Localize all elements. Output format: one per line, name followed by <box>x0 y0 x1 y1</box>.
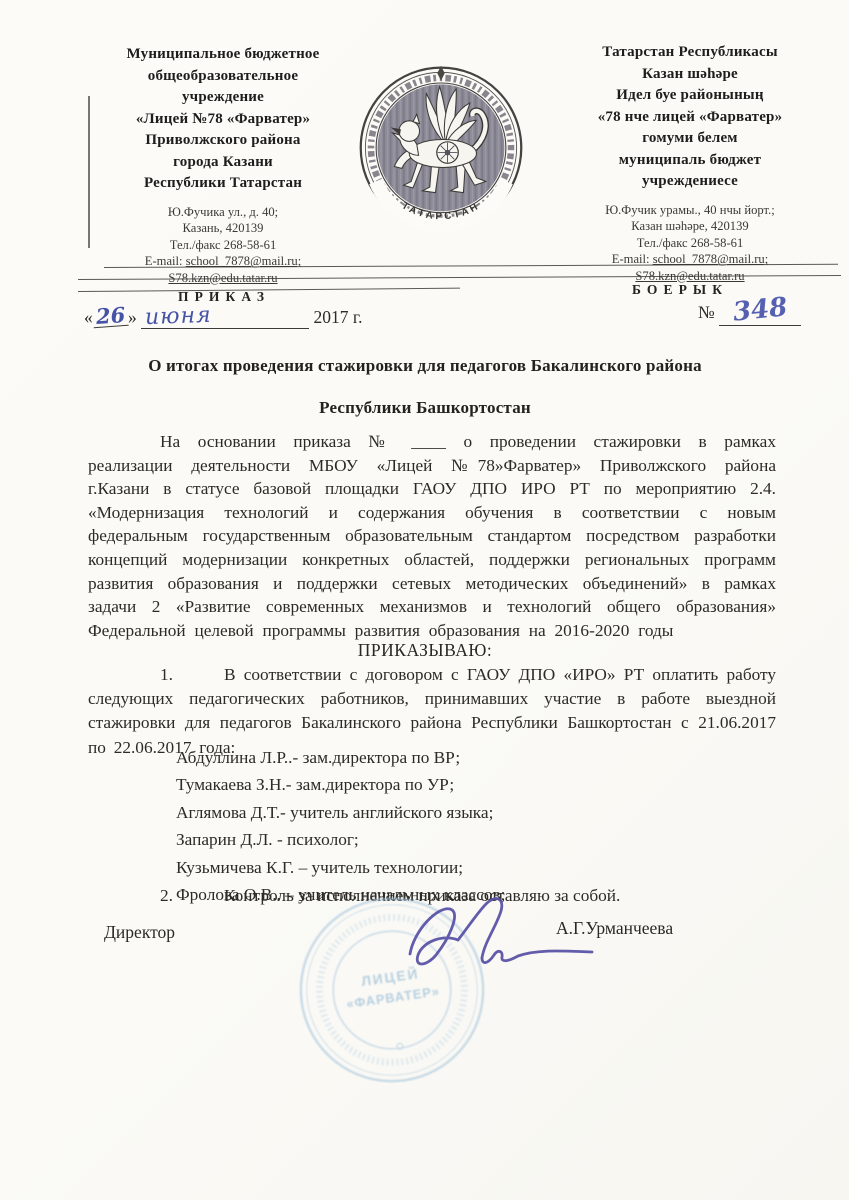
org-name-line: «Лицей №78 «Фарватер» <box>92 109 354 131</box>
order-date-line: «26» июня 2017 г. <box>84 306 362 329</box>
staff-list-item: Запарин Д.Л. - психолог; <box>176 826 505 853</box>
preamble-paragraph: На основании приказа № ____ о проведении… <box>88 430 776 642</box>
signature-strokes <box>396 892 606 987</box>
scan-fold-line <box>88 96 90 248</box>
quote-open: « <box>84 307 93 327</box>
org-name-line: учреждение <box>92 87 354 109</box>
scanned-order-document: Муниципальное бюджетное общеобразователь… <box>0 0 849 1200</box>
address-line: Казань, 420139 <box>92 220 354 237</box>
signature-role: Директор <box>104 922 175 943</box>
tatarstan-emblem-icon: ТАТАРСТАН <box>357 56 525 236</box>
staff-list-item: Аглямова Д.Т.- учитель английского языка… <box>176 799 505 826</box>
resolve-label: ПРИКАЗЫВАЮ: <box>80 640 770 661</box>
org-name-line: общеобразовательное <box>92 66 354 88</box>
handwritten-order-number: 348 <box>732 294 789 326</box>
address-line: Тел./факс 268-58-61 <box>92 237 354 254</box>
order-number-line: № 348 <box>698 297 801 326</box>
org-name-line: города Казани <box>92 152 354 174</box>
org-address-left: Ю.Фучика ул., д. 40; Казань, 420139 Тел.… <box>92 204 354 287</box>
item-number: 1. <box>160 663 224 687</box>
number-sign: № <box>698 302 715 322</box>
org-name-line: Идел буе районының <box>546 85 834 107</box>
address-line: Казан шәһәре, 420139 <box>546 218 834 235</box>
org-name-line: Муниципальное бюджетное <box>92 44 354 66</box>
tatarstan-emblem-graphic: ТАТАРСТАН <box>357 56 525 236</box>
quote-close: » <box>128 307 137 327</box>
org-name-line: Казан шәһәре <box>546 64 834 86</box>
org-address-right: Ю.Фучик урамы., 40 нчы йорт.; Казан шәһә… <box>546 202 834 285</box>
item-number: 2. <box>160 884 224 908</box>
order-year: 2017 г. <box>313 307 362 327</box>
stamp-text-line2: «ФАРВАТЕР» <box>345 983 440 1011</box>
director-signature <box>396 892 606 987</box>
org-name-line: «78 нче лицей «Фарватер» <box>546 107 834 129</box>
org-name-line: муниципаль бюджет <box>546 150 834 172</box>
staff-list-item: Абдуллина Л.Р..- зам.директора по ВР; <box>176 744 505 771</box>
handwritten-month: июня <box>141 305 212 329</box>
address-line: Ю.Фучик урамы., 40 нчы йорт.; <box>546 202 834 219</box>
org-name-line: Республики Татарстан <box>92 173 354 195</box>
handwritten-day: 26 <box>92 305 129 328</box>
staff-list-item: Кузьмичева К.Г. – учитель технологии; <box>176 854 505 881</box>
org-name-line: Татарстан Республикасы <box>546 42 834 64</box>
address-line: Тел./факс 268-58-61 <box>546 235 834 252</box>
document-title-line2: Республики Башкортостан <box>80 398 770 418</box>
number-underline: 348 <box>719 297 801 326</box>
month-underline: июня <box>141 306 309 329</box>
document-title-line1: О итогах проведения стажировки для педаг… <box>80 356 770 376</box>
org-name-line: учреждениесе <box>546 171 834 193</box>
order-label-tatar: БОЕРЫК <box>632 282 728 298</box>
org-header-right-tatar: Татарстан Республикасы Казан шәһәре Идел… <box>546 42 834 284</box>
address-line: Ю.Фучика ул., д. 40; <box>92 204 354 221</box>
staff-list-item: Тумакаева З.Н.- зам.директора по УР; <box>176 771 505 798</box>
org-header-left-ru: Муниципальное бюджетное общеобразователь… <box>92 44 354 286</box>
org-name-line: гомуми белем <box>546 128 834 150</box>
signature-name: А.Г.Урманчеева <box>556 918 673 939</box>
org-name-line: Приволжского района <box>92 130 354 152</box>
